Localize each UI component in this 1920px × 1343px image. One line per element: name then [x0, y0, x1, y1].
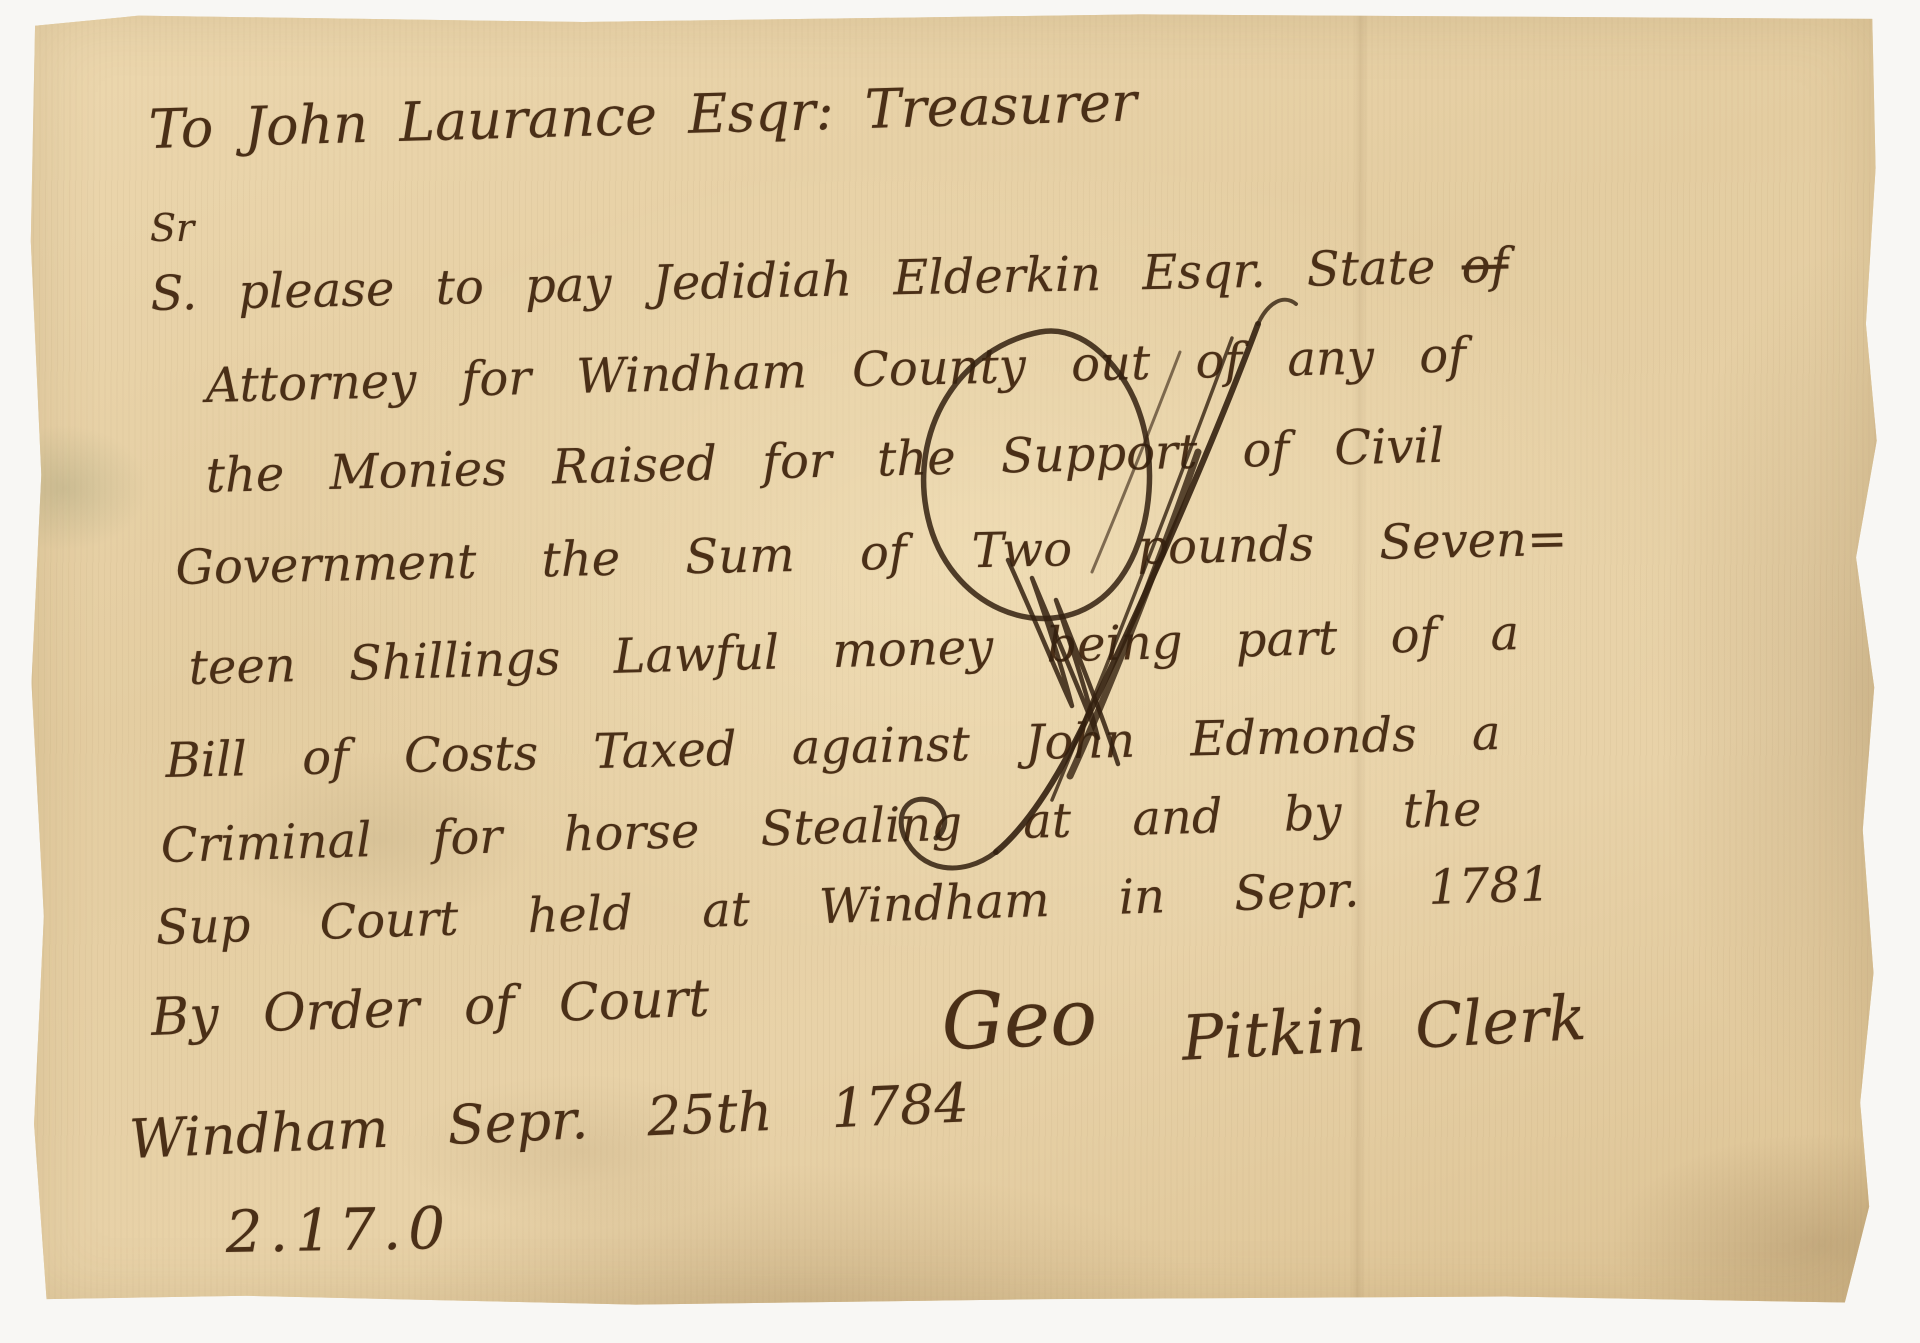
line-text: Bill of Costs Taxed against John Edmonds…: [165, 705, 1501, 789]
line-text: Attorney for Windham County out of any o…: [205, 327, 1467, 414]
line-text: teen Shillings Lawful money being part o…: [188, 605, 1520, 696]
line-text: To John Laurance Esqr: Treasurer: [148, 70, 1138, 161]
address-line: To John Laurance Esqr: Treasurer: [148, 70, 1138, 161]
date-line: Windham Sepr. 25th 1784: [128, 1071, 970, 1171]
sum-line: Government the Sum of Two pounds Seven=: [175, 511, 1568, 596]
costs-line: Bill of Costs Taxed against John Edmonds…: [165, 705, 1501, 789]
line-text: the Monies Raised for the Support of Civ…: [205, 418, 1445, 504]
line-text: By Order of Court: [150, 969, 710, 1048]
line-text: S. please to pay Jedidiah Elderkin Esqr.…: [150, 239, 1436, 322]
clerk-signature: Pitkin Clerk: [1180, 981, 1588, 1075]
salutation: Sr: [150, 206, 194, 250]
line-text: 2.17.0: [225, 1194, 453, 1266]
attorney-line: Attorney for Windham County out of any o…: [205, 327, 1467, 414]
monies-line: the Monies Raised for the Support of Civ…: [205, 418, 1445, 504]
order-line: By Order of Court: [150, 969, 710, 1048]
shillings-line: teen Shillings Lawful money being part o…: [188, 605, 1520, 696]
line-text: Geo: [940, 973, 1098, 1068]
line-text: Sup Court held at Windham in Sepr. 1781: [155, 856, 1551, 956]
court-line: Sup Court held at Windham in Sepr. 1781: [155, 856, 1551, 956]
line-text: Criminal for horse Stealing at and by th…: [160, 781, 1482, 874]
manuscript-text-layer: To John Laurance Esqr: TreasurerSrS. ple…: [0, 0, 1920, 1343]
photo-background: To John Laurance Esqr: TreasurerSrS. ple…: [0, 0, 1920, 1343]
line-text: Pitkin Clerk: [1180, 981, 1588, 1075]
line-text: Sr: [150, 206, 194, 250]
strikethrough-word: of: [1461, 238, 1509, 295]
clerk-first-name: Geo: [940, 973, 1098, 1068]
line-text: Government the Sum of Two pounds Seven=: [175, 511, 1568, 596]
line-text: Windham Sepr. 25th 1784: [128, 1071, 970, 1171]
amount: 2.17.0: [225, 1194, 453, 1266]
criminal-line: Criminal for horse Stealing at and by th…: [160, 781, 1482, 874]
request-line: S. please to pay Jedidiah Elderkin Esqr.…: [150, 238, 1509, 322]
